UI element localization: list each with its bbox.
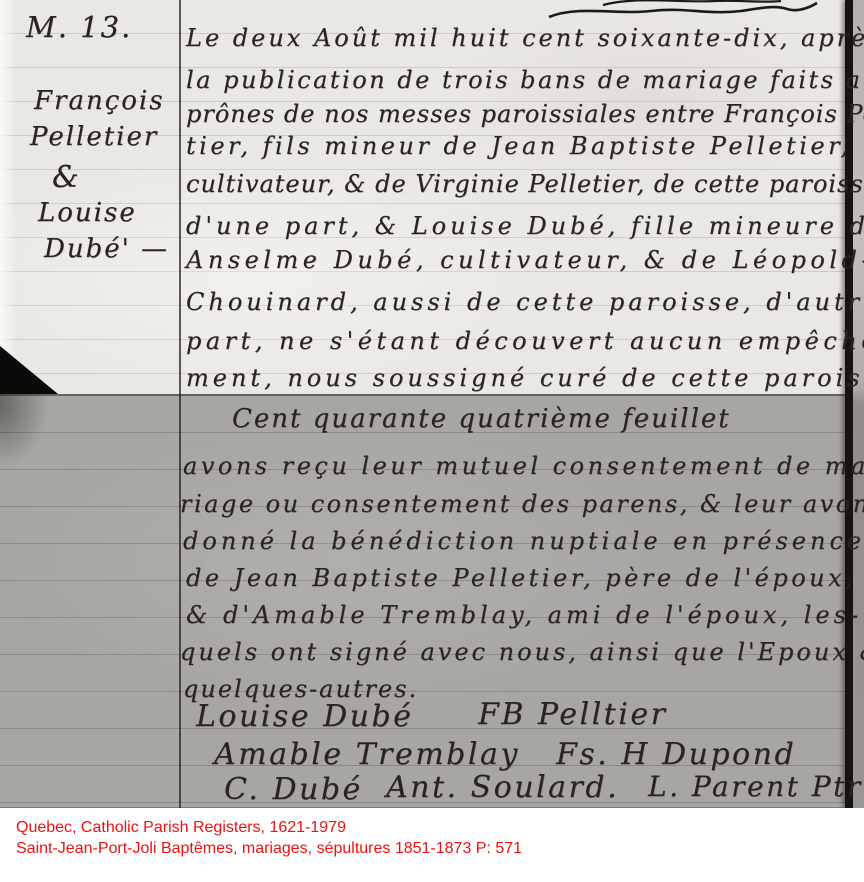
register-line: la publication de trois bans de mariage … [186,66,864,94]
cutoff-signature-flourish [545,0,825,22]
page-left-edge-highlight [0,0,16,394]
signature-bride: Louise Dubé [196,699,413,734]
register-line: ment, nous soussigné curé de cette paroi… [186,364,864,392]
margin-rule-line [179,0,181,808]
margin-ampersand: & [52,160,81,195]
caption-volume-page: Saint-Jean-Port-Joli Baptêmes, mariages,… [16,839,522,859]
register-line: donné la bénédiction nuptiale en présenc… [183,527,864,555]
margin-groom-first-name: François [34,86,165,116]
register-scan-image: M. 13. François Pelletier & Louise Dubé'… [0,0,864,808]
register-line: tier, fils mineur de Jean Baptiste Pelle… [186,132,852,160]
margin-bride-surname: Dubé' — [44,234,169,264]
register-line: de Jean Baptiste Pelletier, père de l'ép… [186,564,856,592]
scan-corner-shadow [0,394,60,504]
caption-collection-title: Quebec, Catholic Parish Registers, 1621-… [16,818,346,838]
register-line: d'une part, & Louise Dubé, fille mineure… [186,212,864,240]
signature-witness-2: Fs. H Dupond [556,737,796,772]
entry-number: M. 13. [26,10,132,44]
register-line: cultivateur, & de Virginie Pelletier, de… [186,170,864,198]
register-line: quels ont signé avec nous, ainsi que l'E… [180,638,864,666]
register-line: Le deux Août mil huit cent soixante-dix,… [186,24,864,52]
signature-groom: FB Pelltier [478,697,667,732]
register-line: Anselme Dubé, cultivateur, & de Léopold- [186,246,864,274]
signature-witness-3: C. Dubé [224,772,363,807]
page: M. 13. François Pelletier & Louise Dubé'… [0,0,864,882]
register-line: part, ne s'étant découvert aucun empêche… [186,327,864,355]
image-citation-caption: Quebec, Catholic Parish Registers, 1621-… [0,808,864,882]
register-line: & d'Amable Tremblay, ami de l'époux, les… [186,601,862,629]
folio-header: Cent quarante quatrième feuillet [232,404,731,434]
margin-groom-surname: Pelletier [30,122,158,152]
register-line: Chouinard, aussi de cette paroisse, d'au… [186,288,864,316]
register-line: riage ou consentement des parens, & leur… [180,490,864,518]
margin-bride-first-name: Louise [38,198,137,228]
register-line: avons reçu leur mutuel consentement de m… [183,452,864,480]
signature-witness-1: Amable Tremblay [214,737,520,772]
signature-witness-4: Ant. Soulard. [386,770,619,805]
signature-priest: L. Parent Ptre [648,770,864,803]
register-line: prônes de nos messes paroissiales entre … [186,100,864,128]
